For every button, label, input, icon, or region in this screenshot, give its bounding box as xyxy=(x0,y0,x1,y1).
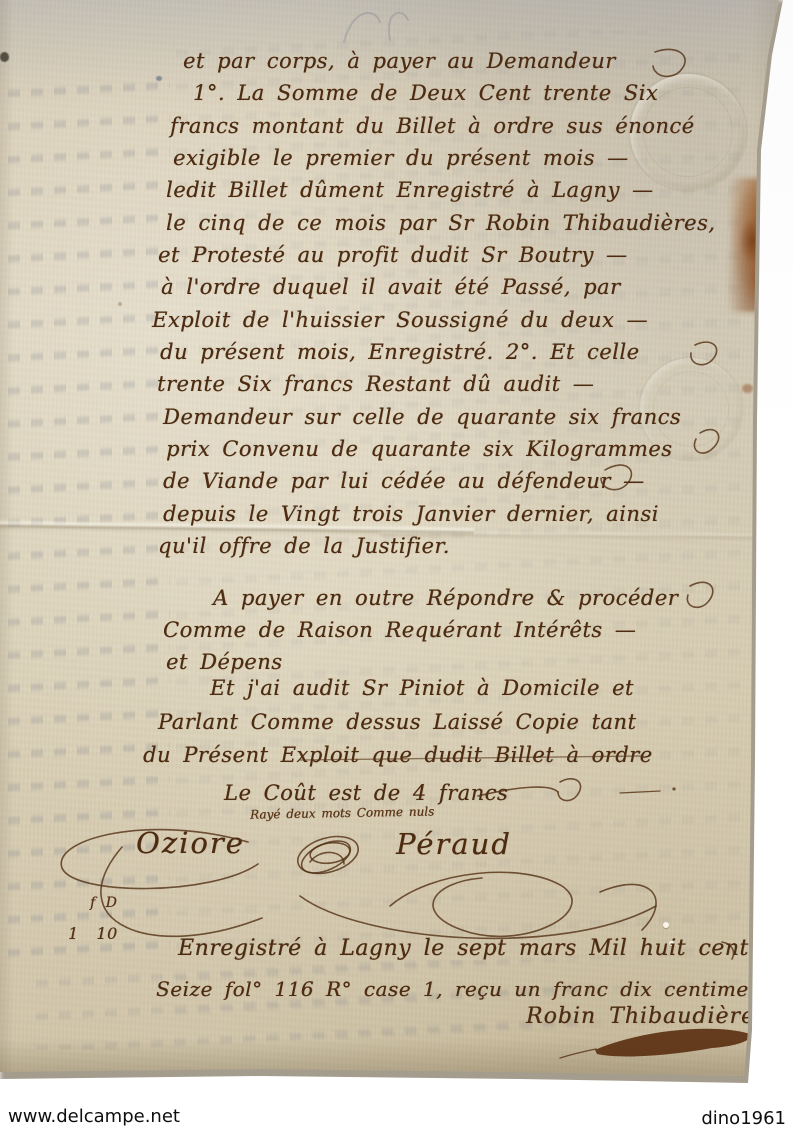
manuscript-line: à l'ordre duquel il avait été Passé, par xyxy=(161,275,621,299)
stain-speck xyxy=(118,302,122,306)
manuscript-line: de Viande par lui cédée au défendeur — xyxy=(163,469,645,493)
manuscript-line: et par corps, à payer au Demandeur xyxy=(183,49,616,73)
manuscript-line: Exploit de l'huissier Soussigné du deux … xyxy=(152,308,648,332)
signature-left: Oziore xyxy=(136,826,245,860)
manuscript-line: qu'il offre de la Justifier. xyxy=(158,534,450,558)
margin-fee-top: f D xyxy=(90,895,117,911)
ink-stain xyxy=(740,218,766,264)
manuscript-line: Parlant Comme dessus Laissé Copie tant xyxy=(158,710,636,734)
manuscript-line: Demandeur sur celle de quarante six fran… xyxy=(163,405,681,429)
manuscript-paper: et par corps, à payer au Demandeur 1°. L… xyxy=(0,0,793,1131)
manuscript-line: et Protesté au profit dudit Sr Boutry — xyxy=(158,243,627,267)
manuscript-line: du présent mois, Enregistré. 2°. Et cell… xyxy=(160,340,640,364)
manuscript-line: ledit Billet dûment Enregistré à Lagny — xyxy=(166,178,654,202)
watermark-seller: dino1961 xyxy=(701,1108,786,1129)
registration-signature: Robin Thibaudière xyxy=(526,1004,755,1029)
stain-speck xyxy=(0,52,9,62)
manuscript-line: Et j'ai audit Sr Piniot à Domicile et xyxy=(210,676,634,700)
manuscript-line: le cinq de ce mois par Sr Robin Thibaudi… xyxy=(166,211,715,235)
paper-shading-left xyxy=(0,0,14,1131)
watermark-delcampe: www.delcampe.net xyxy=(8,1106,180,1127)
manuscript-line: du Présent Exploit que dudit Billet à or… xyxy=(143,743,653,767)
margin-fee-bottom: 1 10 xyxy=(68,924,118,943)
manuscript-line: et Dépens xyxy=(166,650,282,674)
stain-speck xyxy=(156,76,162,81)
registration-line: Enregistré à Lagny le sept mars Mil huit… xyxy=(178,936,749,961)
scanned-photo: et par corps, à payer au Demandeur 1°. L… xyxy=(0,0,793,1131)
paper-pit xyxy=(663,922,669,928)
strike-note: Rayé deux mots Comme nuls xyxy=(250,804,434,821)
manuscript-line: depuis le Vingt trois Janvier dernier, a… xyxy=(163,502,659,526)
manuscript-line: 1°. La Somme de Deux Cent trente Six xyxy=(193,81,658,105)
stain-speck xyxy=(742,384,753,393)
manuscript-line: A payer en outre Répondre & procéder xyxy=(213,586,678,610)
paper-shading-right xyxy=(733,0,793,1131)
registration-line: Seize fol° 116 R° case 1, reçu un franc … xyxy=(156,977,793,1001)
signature-right: Péraud xyxy=(396,827,512,861)
paper-shading-bottom xyxy=(0,1038,793,1076)
cost-line: Le Coût est de 4 francs xyxy=(224,781,508,805)
manuscript-line: exigible le premier du présent mois — xyxy=(173,146,629,170)
manuscript-line: trente Six francs Restant dû audit — xyxy=(157,372,594,396)
manuscript-line: Comme de Raison Requérant Intérêts — xyxy=(163,618,636,642)
manuscript-line: prix Convenu de quarante six Kilogrammes xyxy=(166,437,672,461)
verso-bleedthrough xyxy=(30,960,590,1050)
manuscript-line: francs montant du Billet à ordre sus éno… xyxy=(170,114,695,138)
